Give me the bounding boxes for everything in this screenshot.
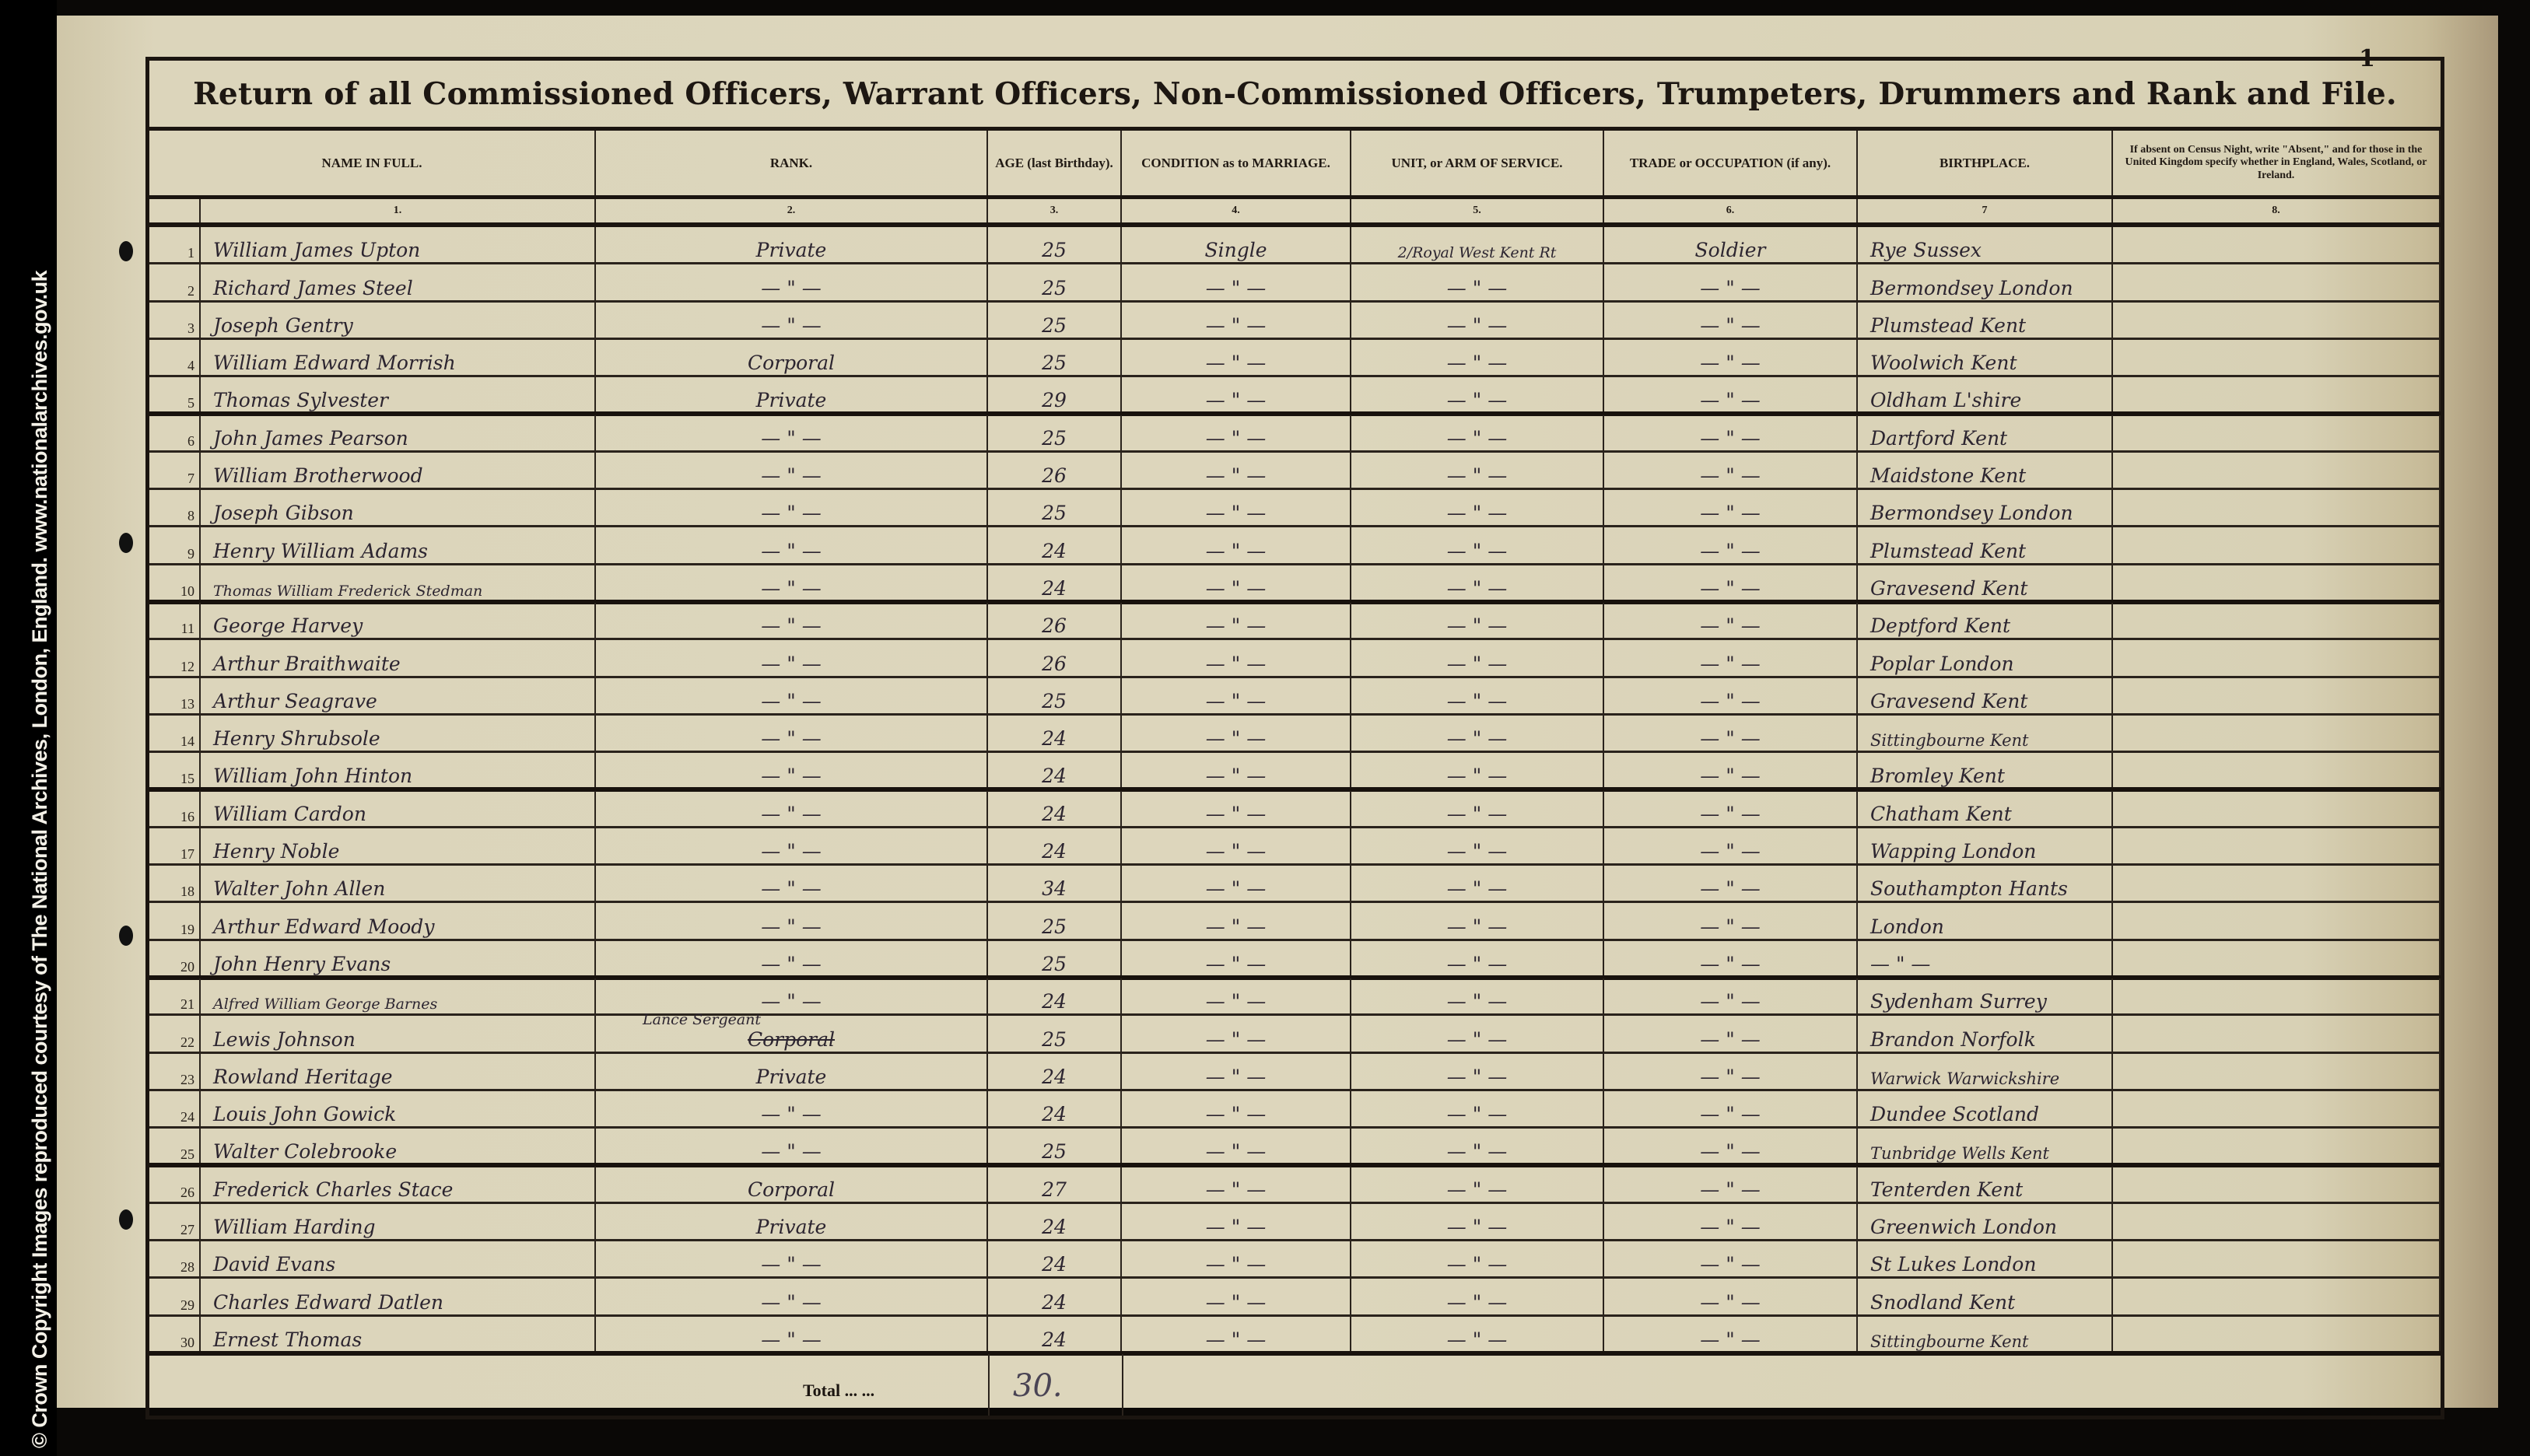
cell-name: Thomas William Frederick Stedman [201,565,596,603]
cell-rank: — " — [596,791,988,828]
cell-rank: Private [596,1054,988,1091]
cell-condition: — " — [1122,490,1351,527]
cell-name: Walter Colebrooke [201,1129,596,1166]
table-row: 14Henry Shrubsole— " —24— " —— " —— " —S… [149,716,2441,753]
cell-absent [2113,791,2441,828]
cell-birthplace: Sittingbourne Kent [1858,1317,2113,1354]
cell-name: William Harding [201,1204,596,1241]
cell-unit: — " — [1351,903,1604,940]
cell-age: 24 [988,1279,1122,1316]
cell-age: 29 [988,377,1122,415]
cell-absent [2113,415,2441,453]
cell-name: David Evans [201,1241,596,1279]
cell-condition: — " — [1122,640,1351,677]
cell-unit: — " — [1351,565,1604,603]
cell-occupation: — " — [1604,1317,1858,1354]
cell-absent [2113,1016,2441,1053]
cell-birthplace: Poplar London [1858,640,2113,677]
cell-name: William Brotherwood [201,453,596,490]
cell-unit: — " — [1351,603,1604,640]
table-row: 19Arthur Edward Moody— " —25— " —— " —— … [149,903,2441,940]
cell-birthplace: Snodland Kent [1858,1279,2113,1316]
cell-condition: — " — [1122,828,1351,866]
cell-rank: — " — [596,716,988,753]
cell-occupation: — " — [1604,978,1858,1016]
cell-age: 24 [988,716,1122,753]
cell-age: 25 [988,227,1122,264]
cell-rank: — " — [596,828,988,866]
cell-absent [2113,527,2441,565]
cell-n: 30 [149,1317,201,1354]
column-number-7: 7 [1858,199,2113,222]
cell-name: Henry Shrubsole [201,716,596,753]
cell-condition: — " — [1122,453,1351,490]
cell-occupation: — " — [1604,716,1858,753]
cell-n: 22 [149,1016,201,1053]
cell-name: George Harvey [201,603,596,640]
cell-name: Rowland Heritage [201,1054,596,1091]
cell-rank: Private [596,377,988,415]
cell-rank: — " — [596,903,988,940]
cell-condition: — " — [1122,415,1351,453]
cell-unit: — " — [1351,415,1604,453]
cell-unit: — " — [1351,941,1604,978]
cell-absent [2113,1241,2441,1279]
punch-hole [119,533,133,553]
cell-occupation: — " — [1604,1204,1858,1241]
cell-absent [2113,340,2441,377]
cell-unit: — " — [1351,1279,1604,1316]
cell-birthplace: Chatham Kent [1858,791,2113,828]
cell-rank: — " — [596,565,988,603]
cell-absent [2113,866,2441,903]
cell-age: 25 [988,490,1122,527]
cell-name: Arthur Seagrave [201,678,596,716]
cell-birthplace: Oldham L'shire [1858,377,2113,415]
punch-hole [119,926,133,946]
table-row: 18Walter John Allen— " —34— " —— " —— " … [149,866,2441,903]
cell-birthplace: Dartford Kent [1858,415,2113,453]
cell-n: 11 [149,603,201,640]
cell-rank: — " — [596,527,988,565]
cell-n: 8 [149,490,201,527]
copyright-watermark: © Crown Copyright Images reproduced cour… [28,2,52,1448]
cell-absent [2113,1091,2441,1129]
column-header-2: RANK. [596,131,988,195]
cell-rank: — " — [596,1279,988,1316]
cell-n: 24 [149,1091,201,1129]
cell-occupation: — " — [1604,565,1858,603]
cell-occupation: — " — [1604,1279,1858,1316]
cell-birthplace: Tenterden Kent [1858,1167,2113,1204]
column-header-4: CONDITION as to MARRIAGE. [1122,131,1351,195]
cell-condition: — " — [1122,264,1351,302]
cell-occupation: — " — [1604,1241,1858,1279]
column-number-1: 1. [201,199,596,222]
cell-condition: — " — [1122,1279,1351,1316]
table-row: 11George Harvey— " —26— " —— " —— " —Dep… [149,603,2441,640]
table-row: 25Walter Colebrooke— " —25— " —— " —— " … [149,1129,2441,1166]
cell-age: 24 [988,1054,1122,1091]
column-number-2: 2. [596,199,988,222]
row-divider [149,1351,2441,1356]
column-number-6: 6. [1604,199,1858,222]
cell-absent [2113,640,2441,677]
cell-n: 7 [149,453,201,490]
cell-birthplace: Plumstead Kent [1858,527,2113,565]
cell-absent [2113,828,2441,866]
cell-age: 27 [988,1167,1122,1204]
cell-absent [2113,903,2441,940]
cell-absent [2113,490,2441,527]
cell-name: Arthur Braithwaite [201,640,596,677]
cell-occupation: — " — [1604,640,1858,677]
cell-age: 24 [988,828,1122,866]
cell-n: 29 [149,1279,201,1316]
cell-unit: — " — [1351,828,1604,866]
cell-rank: Private [596,1204,988,1241]
cell-rank: — " — [596,453,988,490]
cell-n: 23 [149,1054,201,1091]
cell-condition: Single [1122,227,1351,264]
cell-name: Walter John Allen [201,866,596,903]
cell-occupation: — " — [1604,527,1858,565]
cell-condition: — " — [1122,941,1351,978]
cell-occupation: Soldier [1604,227,1858,264]
cell-n: 10 [149,565,201,603]
cell-absent [2113,678,2441,716]
cell-rank: — " — [596,640,988,677]
cell-n: 5 [149,377,201,415]
punch-hole [119,1209,133,1230]
cell-occupation: — " — [1604,490,1858,527]
cell-birthplace: Deptford Kent [1858,603,2113,640]
cell-birthplace: Wapping London [1858,828,2113,866]
cell-rank: — " — [596,753,988,790]
left-margin-strip: © Crown Copyright Images reproduced cour… [0,0,57,1456]
table-row: 1William James UptonPrivate25Single2/Roy… [149,227,2441,264]
cell-birthplace: Sittingbourne Kent [1858,716,2113,753]
cell-name: Alfred William George Barnes [201,978,596,1016]
cell-rank: — " — [596,303,988,340]
cell-occupation: — " — [1604,753,1858,790]
cell-occupation: — " — [1604,1129,1858,1166]
cell-occupation: — " — [1604,678,1858,716]
cell-unit: — " — [1351,1129,1604,1166]
cell-rank: — " — [596,264,988,302]
cell-age: 24 [988,753,1122,790]
cell-age: 25 [988,678,1122,716]
column-number-5: 5. [1351,199,1604,222]
cell-birthplace: Bermondsey London [1858,490,2113,527]
table-row: 28David Evans— " —24— " —— " —— " —St Lu… [149,1241,2441,1279]
cell-occupation: — " — [1604,941,1858,978]
table-row: 21Alfred William George Barnes— " —24— "… [149,978,2441,1016]
cell-occupation: — " — [1604,603,1858,640]
column-header-1: NAME IN FULL. [149,131,596,195]
cell-condition: — " — [1122,1204,1351,1241]
cell-rank: — " — [596,490,988,527]
cell-birthplace: Rye Sussex [1858,227,2113,264]
cell-birthplace: Maidstone Kent [1858,453,2113,490]
cell-age: 24 [988,527,1122,565]
cell-rank: — " — [596,978,988,1016]
cell-unit: — " — [1351,678,1604,716]
cell-occupation: — " — [1604,828,1858,866]
cell-age: 24 [988,565,1122,603]
cell-birthplace: Greenwich London [1858,1204,2113,1241]
cell-age: 25 [988,340,1122,377]
cell-condition: — " — [1122,1054,1351,1091]
cell-n: 26 [149,1167,201,1204]
cell-unit: — " — [1351,377,1604,415]
cell-condition: — " — [1122,678,1351,716]
cell-name: Ernest Thomas [201,1317,596,1354]
cell-n: 2 [149,264,201,302]
cell-rank: — " — [596,1129,988,1166]
cell-birthplace: Dundee Scotland [1858,1091,2113,1129]
cell-occupation: — " — [1604,1167,1858,1204]
cell-unit: — " — [1351,640,1604,677]
cell-n: 3 [149,303,201,340]
cell-rank: Private [596,227,988,264]
table-row: 12Arthur Braithwaite— " —26— " —— " —— "… [149,640,2441,677]
cell-occupation: — " — [1604,453,1858,490]
cell-age: 24 [988,978,1122,1016]
cell-birthplace: Warwick Warwickshire [1858,1054,2113,1091]
cell-n: 13 [149,678,201,716]
punch-hole [119,241,133,261]
cell-occupation: — " — [1604,1054,1858,1091]
table-row: 9Henry William Adams— " —24— " —— " —— "… [149,527,2441,565]
cell-absent [2113,603,2441,640]
cell-absent [2113,1054,2441,1091]
cell-name: Henry Noble [201,828,596,866]
cell-absent [2113,1167,2441,1204]
column-number-4: 4. [1122,199,1351,222]
cell-condition: — " — [1122,791,1351,828]
total-label: Total ... ... [803,1381,874,1401]
cell-birthplace: Sydenham Surrey [1858,978,2113,1016]
column-number-8: 8. [2113,199,2441,222]
cell-condition: — " — [1122,1241,1351,1279]
cell-occupation: — " — [1604,377,1858,415]
cell-condition: — " — [1122,603,1351,640]
cell-occupation: — " — [1604,1016,1858,1053]
cell-absent [2113,264,2441,302]
table-row: 22Lewis JohnsonCorporal25— " —— " —— " —… [149,1016,2441,1053]
cell-absent [2113,1279,2441,1316]
table-row: 15William John Hinton— " —24— " —— " —— … [149,753,2441,790]
cell-unit: — " — [1351,753,1604,790]
table-row: 5Thomas SylvesterPrivate29— " —— " —— " … [149,377,2441,415]
table-row: 10Thomas William Frederick Stedman— " —2… [149,565,2441,603]
cell-age: 25 [988,941,1122,978]
cell-age: 25 [988,415,1122,453]
cell-absent [2113,716,2441,753]
cell-n: 15 [149,753,201,790]
cell-age: 25 [988,1016,1122,1053]
column-header-5: UNIT, or ARM OF SERVICE. [1351,131,1604,195]
table-row: 8Joseph Gibson— " —25— " —— " —— " —Berm… [149,490,2441,527]
cell-n: 6 [149,415,201,453]
cell-condition: — " — [1122,527,1351,565]
cell-absent [2113,227,2441,264]
cell-absent [2113,453,2441,490]
cell-unit: — " — [1351,1241,1604,1279]
cell-birthplace: Brandon Norfolk [1858,1016,2113,1053]
cell-name: Frederick Charles Stace [201,1167,596,1204]
table-row: 30Ernest Thomas— " —24— " —— " —— " —Sit… [149,1317,2441,1354]
cell-rank: — " — [596,1317,988,1354]
cell-birthplace: Tunbridge Wells Kent [1858,1129,2113,1166]
cell-rank: — " — [596,941,988,978]
cell-name: Charles Edward Datlen [201,1279,596,1316]
cell-age: 24 [988,1317,1122,1354]
column-header-7: BIRTHPLACE. [1858,131,2113,195]
cell-birthplace: Southampton Hants [1858,866,2113,903]
census-form-table: Return of all Commissioned Officers, War… [145,57,2444,1419]
cell-rank: — " — [596,678,988,716]
cell-name: Joseph Gibson [201,490,596,527]
table-row: 26Frederick Charles StaceCorporal27— " —… [149,1167,2441,1204]
cell-condition: — " — [1122,1167,1351,1204]
cell-unit: — " — [1351,1167,1604,1204]
cell-unit: — " — [1351,1054,1604,1091]
cell-birthplace: Bermondsey London [1858,264,2113,302]
cell-unit: 2/Royal West Kent Rt [1351,227,1604,264]
cell-condition: — " — [1122,1091,1351,1129]
table-row: 13Arthur Seagrave— " —25— " —— " —— " —G… [149,678,2441,716]
cell-name: Arthur Edward Moody [201,903,596,940]
cell-name: Joseph Gentry [201,303,596,340]
cell-condition: — " — [1122,978,1351,1016]
cell-condition: — " — [1122,753,1351,790]
cell-absent [2113,1317,2441,1354]
table-row: 2Richard James Steel— " —25— " —— " —— "… [149,264,2441,302]
cell-age: 26 [988,603,1122,640]
rank-correction: Lance Sergeant [643,1011,761,1028]
cell-n: 12 [149,640,201,677]
cell-absent [2113,1129,2441,1166]
cell-unit: — " — [1351,264,1604,302]
cell-n: 17 [149,828,201,866]
cell-name: William John Hinton [201,753,596,790]
column-header-6: TRADE or OCCUPATION (if any). [1604,131,1858,195]
cell-rank: — " — [596,1091,988,1129]
cell-unit: — " — [1351,303,1604,340]
cell-age: 34 [988,866,1122,903]
cell-age: 24 [988,1241,1122,1279]
cell-n: 16 [149,791,201,828]
cell-unit: — " — [1351,1204,1604,1241]
cell-absent [2113,1204,2441,1241]
cell-condition: — " — [1122,903,1351,940]
cell-age: 24 [988,1204,1122,1241]
cell-absent [2113,303,2441,340]
cell-condition: — " — [1122,866,1351,903]
cell-n: 4 [149,340,201,377]
cell-condition: — " — [1122,716,1351,753]
cell-condition: — " — [1122,1129,1351,1166]
cell-absent [2113,565,2441,603]
table-row: 4William Edward MorrishCorporal25— " —— … [149,340,2441,377]
cell-condition: — " — [1122,303,1351,340]
table-row: 23Rowland HeritagePrivate24— " —— " —— "… [149,1054,2441,1091]
cell-birthplace: Bromley Kent [1858,753,2113,790]
cell-name: William James Upton [201,227,596,264]
cell-n: 14 [149,716,201,753]
cell-unit: — " — [1351,1317,1604,1354]
cell-birthplace: Gravesend Kent [1858,678,2113,716]
cell-name: Lewis Johnson [201,1016,596,1053]
cell-n: 9 [149,527,201,565]
cell-rank: — " — [596,415,988,453]
cell-condition: — " — [1122,1016,1351,1053]
cell-age: 25 [988,1129,1122,1166]
cell-occupation: — " — [1604,1091,1858,1129]
table-row: 3Joseph Gentry— " —25— " —— " —— " —Plum… [149,303,2441,340]
cell-birthplace: St Lukes London [1858,1241,2113,1279]
cell-rank: Corporal [596,1167,988,1204]
cell-n: 19 [149,903,201,940]
cell-birthplace: — " — [1858,941,2113,978]
cell-absent [2113,941,2441,978]
total-cell-border [988,1354,990,1416]
cell-unit: — " — [1351,527,1604,565]
cell-absent [2113,978,2441,1016]
table-row: 6John James Pearson— " —25— " —— " —— " … [149,415,2441,453]
cell-n: 28 [149,1241,201,1279]
cell-n: 21 [149,978,201,1016]
cell-occupation: — " — [1604,340,1858,377]
cell-condition: — " — [1122,340,1351,377]
cell-n: 18 [149,866,201,903]
cell-age: 26 [988,640,1122,677]
cell-n: 1 [149,227,201,264]
cell-name: William Cardon [201,791,596,828]
cell-unit: — " — [1351,340,1604,377]
cell-occupation: — " — [1604,866,1858,903]
row-number-column-spacer [149,199,201,222]
table-row: 20John Henry Evans— " —25— " —— " —— " —… [149,941,2441,978]
cell-name: William Edward Morrish [201,340,596,377]
table-row: 24Louis John Gowick— " —24— " —— " —— " … [149,1091,2441,1129]
cell-unit: — " — [1351,866,1604,903]
column-header-3: AGE (last Birthday). [988,131,1122,195]
cell-n: 25 [149,1129,201,1166]
cell-age: 25 [988,903,1122,940]
table-row: 7William Brotherwood— " —26— " —— " —— "… [149,453,2441,490]
cell-birthplace: Plumstead Kent [1858,303,2113,340]
cell-absent [2113,753,2441,790]
cell-age: 24 [988,791,1122,828]
cell-unit: — " — [1351,453,1604,490]
table-row: 16William Cardon— " —24— " —— " —— " —Ch… [149,791,2441,828]
cell-unit: — " — [1351,490,1604,527]
cell-name: Richard James Steel [201,264,596,302]
cell-condition: — " — [1122,377,1351,415]
cell-n: 27 [149,1204,201,1241]
form-title: Return of all Commissioned Officers, War… [149,61,2441,131]
cell-condition: — " — [1122,1317,1351,1354]
column-number-3: 3. [988,199,1122,222]
cell-age: 25 [988,303,1122,340]
cell-birthplace: Woolwich Kent [1858,340,2113,377]
cell-n: 20 [149,941,201,978]
cell-name: Thomas Sylvester [201,377,596,415]
cell-condition: — " — [1122,565,1351,603]
